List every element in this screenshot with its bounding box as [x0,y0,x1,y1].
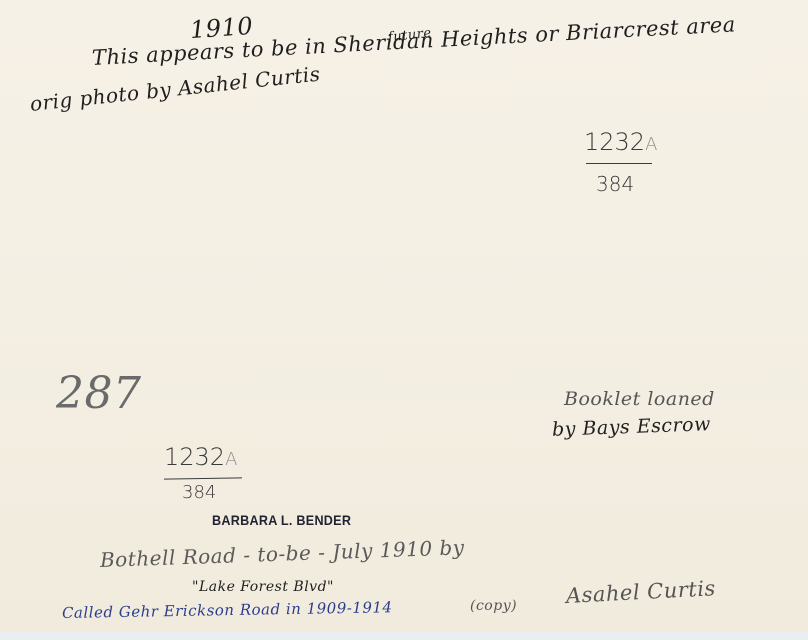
large-number: 287 [56,368,141,419]
copy-note: (copy) [470,598,517,614]
owner-stamp: BARBARA L. BENDER [212,512,351,528]
catalog-denominator-top: 384 [596,172,634,196]
scan-edge [0,632,808,640]
catalog-numerator-lower: 1232 [164,443,225,471]
catalog-denominator-lower: 384 [182,482,216,503]
catalog-suffix: A [645,134,657,155]
catalog-number-lower: 1232A [164,443,237,471]
catalog-divider-top [586,163,652,164]
lake-forest-note: "Lake Forest Blvd" [192,579,334,595]
catalog-number-top: 1232A [584,128,657,156]
catalog-numerator: 1232 [584,128,645,156]
booklet-note-line1: Booklet loaned [564,388,715,410]
catalog-suffix-lower: A [225,449,237,470]
